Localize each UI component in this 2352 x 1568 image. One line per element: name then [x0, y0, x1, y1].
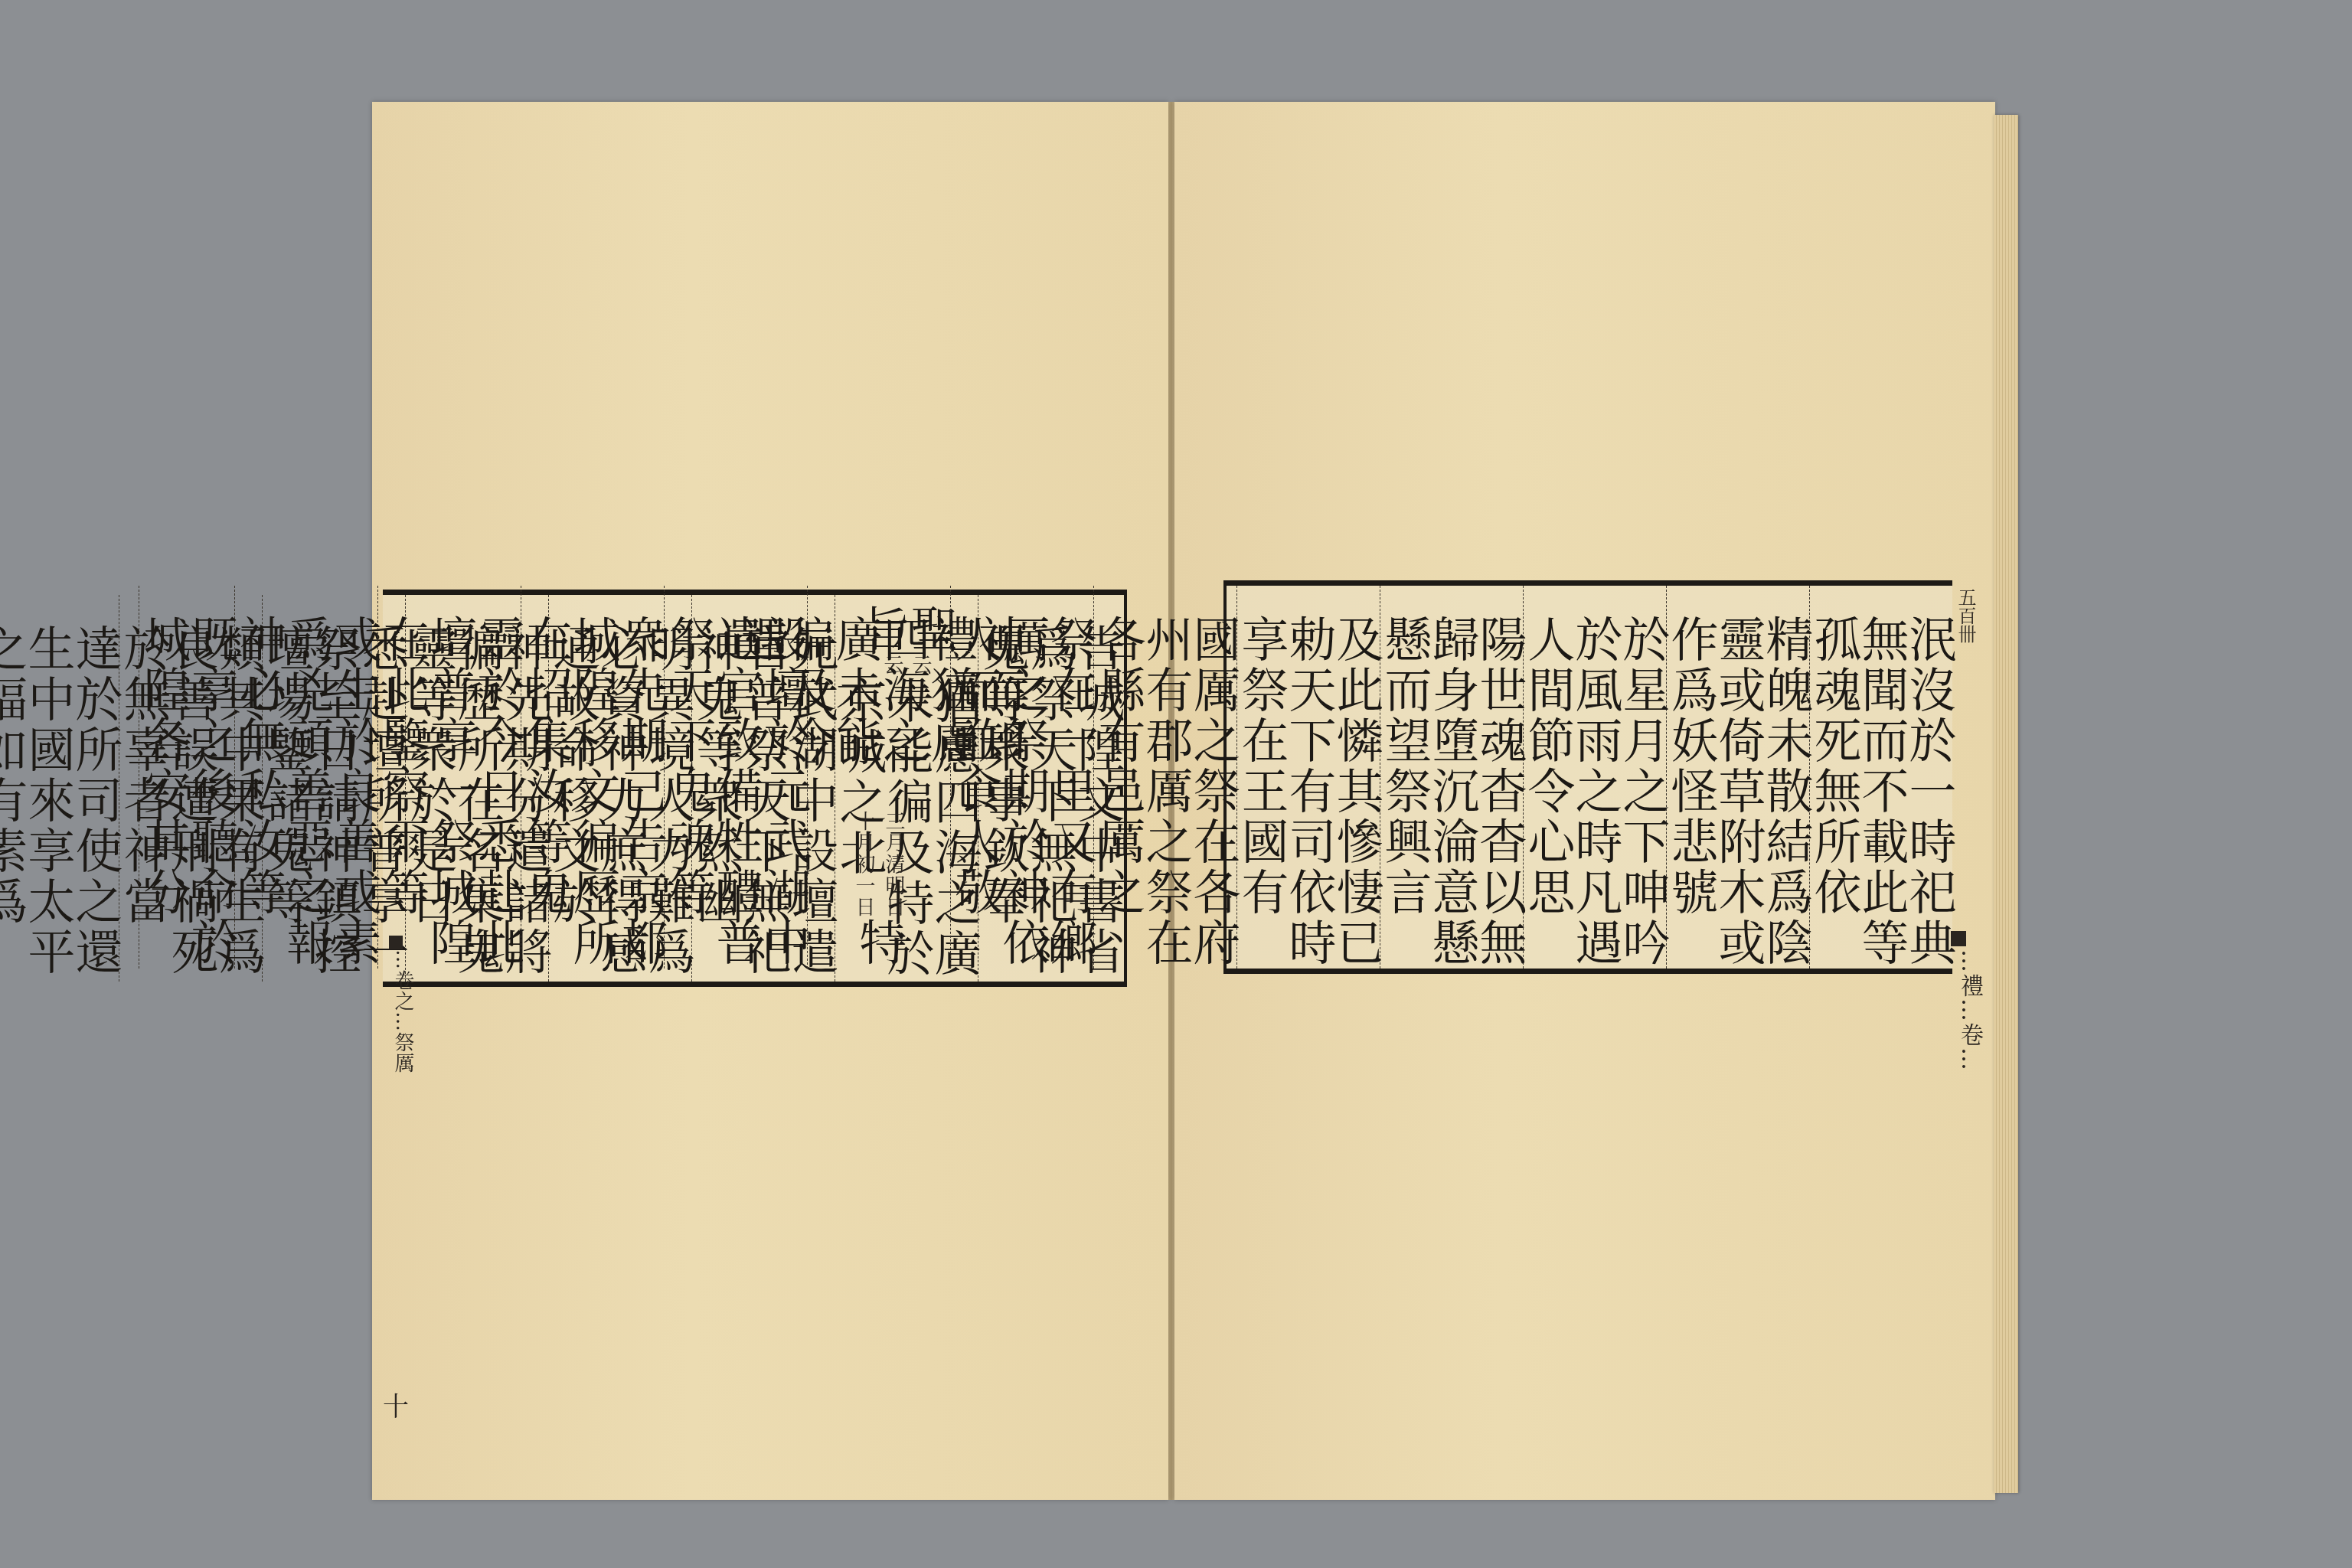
- text-column: 陽世魂杳杳以無歸身墮沉淪意懸懸而望祭興言: [1380, 586, 1523, 969]
- text-column: 泯沒於一時祀典無聞而不載此等孤魂死無所依: [1809, 586, 1952, 969]
- text-column: 或生於良善或素爲兇頑善惡之報神必無私汝等: [234, 586, 377, 969]
- column-text: 達於所司使之還生中國來享太平之福如有素爲: [0, 624, 119, 982]
- column-text: 國厲之祭在各府州有郡厲之祭在各縣有邑厲之: [1094, 615, 1236, 969]
- column-text: 靈於今日悉赴此壇普享一祭城隍在此鑒察爾等: [378, 615, 521, 969]
- right-text-frame: 泯沒於一時祀典無聞而不載此等孤魂死無所依 精魄未散結爲陰靈或倚草附木或作爲妖怪悲…: [1223, 580, 1952, 974]
- column-text: 或生於良善或素爲兇頑善惡之報神必無私汝等: [235, 615, 377, 969]
- text-column: 既享之後聽命於城隍各安其分: [139, 586, 234, 969]
- right-columns: 泯沒於一時祀典無聞而不載此等孤魂死無所依 精魄未散結爲陰靈或倚草附木或作爲妖怪悲…: [1231, 586, 1952, 969]
- column-text: 泯沒於一時祀典無聞而不載此等孤魂死無所依: [1810, 615, 1952, 969]
- column-text: 於星月之下呻吟於風雨之時凡遇人間節令心思: [1524, 615, 1666, 969]
- fishtail-mark-icon: [1951, 931, 1966, 946]
- column-text: 既享之後聽命於城隍各安其分: [139, 615, 234, 969]
- text-column: 及此憐其慘悽已勅天下有司依時享祭在王國有: [1236, 586, 1380, 969]
- column-text: 陽世魂杳杳以無歸身墮沉淪意懸懸而望祭興言: [1380, 615, 1523, 969]
- running-head: …禮…卷…: [1952, 949, 1986, 1072]
- column-text: 精魄未散結爲陰靈或倚草附木或作爲妖怪悲號: [1667, 615, 1809, 969]
- text-column: 於星月之下呻吟於風雨之時凡遇人間節令心思: [1523, 586, 1666, 969]
- page-edge-stack: [1994, 115, 2018, 1493]
- annotation-small: 十月初一日: [850, 811, 878, 918]
- folio-number: 五百卌: [1952, 588, 1979, 643]
- text-column: 靈於今日悉赴此壇普享一祭城隍在此鑒察爾等: [377, 586, 521, 969]
- annotation-small: 三月清明日: [880, 811, 908, 918]
- page-number: 十: [383, 1386, 409, 1423]
- column-text: 設壇於元武湖中遣官致備牲醴普祭天下鬼魂等: [665, 615, 807, 969]
- text-column: 國厲之祭在各府州有郡厲之祭在各縣有邑厲之: [1093, 586, 1236, 969]
- column-text: 特: [855, 918, 903, 969]
- text-column: 衆先期已告京都城隍移文徧歷所在招集汝等鬼: [521, 586, 664, 969]
- annotation-pair: 三月清明日 十月初一日: [850, 811, 908, 918]
- text-column: 神而知禮猶慮四海之廣未能徧及今遇 三月清明日 十月初一日 特: [807, 586, 950, 969]
- column-text: 衆先期已告京都城隍移文徧歷所在招集汝等鬼: [521, 615, 664, 969]
- text-column: 達於所司使之還生中國來享太平之福如有素爲: [0, 595, 119, 982]
- column-text: 及此憐其慘悽已勅天下有司依時享祭在王國有: [1237, 615, 1380, 969]
- text-column: 設壇於元武湖中遣官致備牲醴普祭天下鬼魂等: [664, 586, 807, 969]
- text-column: 精魄未散結爲陰靈或倚草附木或作爲妖怪悲號: [1666, 586, 1809, 969]
